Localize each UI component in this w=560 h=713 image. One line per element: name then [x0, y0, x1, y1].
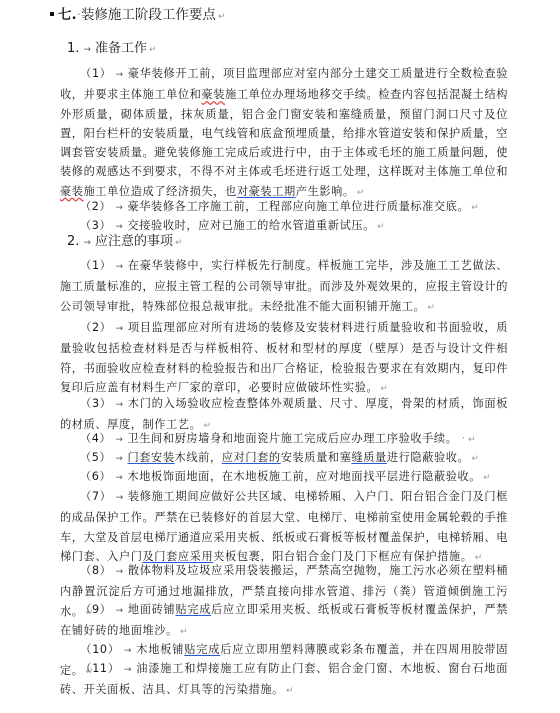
item-label: （3）	[80, 397, 112, 410]
tab-arrow-icon: →	[83, 45, 91, 55]
heading-number: 七.	[58, 7, 77, 23]
item-label: （5）	[80, 451, 111, 464]
paragraph-mark-icon: ↵	[175, 238, 183, 248]
grammar-flag-text[interactable]: 贴完成	[184, 643, 220, 656]
tab-arrow-icon: →	[124, 646, 132, 656]
paragraph-mark-icon: ↵	[149, 45, 157, 55]
tab-arrow-icon: →	[116, 262, 124, 272]
item-text: 安装质量和塞	[281, 451, 352, 464]
item-label: （9）	[80, 603, 112, 616]
subsection-number: 2.	[67, 234, 79, 249]
item-text: 在豪华装修中，实行样板先行制度。样板施工完毕，涉及施工工艺做法、施工质量标准的，…	[60, 259, 508, 313]
item-text: 木地板饰面地面，在木地板施工前，应对地面找平层进行隐蔽验收。	[127, 470, 481, 483]
spelling-error-text[interactable]: 豪装	[60, 185, 84, 198]
space-mark: ·	[458, 432, 466, 445]
item-label: （7）	[80, 490, 112, 503]
tab-arrow-icon: →	[116, 70, 124, 80]
subsection-title: 准备工作	[95, 41, 147, 56]
list-item: （11）→油漆施工和焊接施工应有防止门套、铝合金门窗、木地板、窗台石地面砖、开关…	[60, 659, 508, 702]
tab-arrow-icon: →	[116, 493, 124, 503]
item-text: 木门的入场验收应检查整体外观质量、尺寸、厚度，骨架的材质，饰面板的材质、厚度，制…	[60, 397, 508, 431]
tab-arrow-icon: →	[115, 454, 123, 464]
subsection-heading-2: 2.→应注意的事项↵	[67, 233, 183, 252]
list-item: （1）→在豪华装修中，实行样板先行制度。样板施工完毕，涉及施工工艺做法、施工质量…	[60, 256, 508, 318]
grammar-flag-text[interactable]: 贴完成	[175, 603, 211, 616]
item-text: 施工单位造成了经济损失，也	[84, 185, 237, 198]
paragraph-mark-icon: ↵	[218, 12, 226, 22]
item-label: （8）	[80, 564, 112, 577]
paragraph-mark-icon: ↵	[483, 473, 491, 483]
item-label: （4）	[80, 432, 111, 445]
list-item: （9）→地面砖铺贴完成后应立即采用夹板、纸板或石膏板等板材覆盖保护，严禁在铺好砖…	[60, 600, 508, 643]
paragraph-mark-icon: ↵	[471, 454, 479, 464]
paragraph-mark-icon: ↵	[180, 627, 188, 637]
grammar-flag-text[interactable]: 门套安装	[127, 451, 174, 464]
tab-arrow-icon: →	[116, 606, 124, 616]
item-text: 交接验收时，应对已施工的给水管道重新试压。	[127, 219, 375, 232]
heading-title: 装修施工阶段工作要点	[81, 7, 216, 23]
paragraph-mark-icon: ↵	[468, 435, 476, 445]
grammar-flag-text[interactable]: 应对门套的	[222, 451, 281, 464]
item-text: 产生影响。	[296, 185, 355, 198]
item-label: （2）	[80, 200, 111, 213]
item-label: （10）	[80, 643, 120, 656]
grammar-flag-text[interactable]: 对豪装工期	[237, 185, 296, 198]
item-label: （3）	[80, 219, 111, 232]
tab-arrow-icon: →	[83, 238, 91, 248]
item-text: 豪华装修各工序施工前，工程部应向施工单位进行质量标准交底。	[127, 200, 469, 213]
paragraph-mark-icon: ↵	[286, 686, 294, 696]
item-label: （11）	[80, 662, 120, 675]
paragraph-mark-icon: ↵	[427, 303, 435, 313]
item-label: （1）	[80, 259, 112, 272]
subsection-heading-1: 1.→准备工作↵	[67, 40, 157, 59]
item-text: 木地板铺	[136, 643, 184, 656]
paragraph-mark-icon: ↵	[471, 203, 479, 213]
document-page: 七.·装修施工阶段工作要点↵ 1.→准备工作↵ （1）→豪华装修开工前，项目监理…	[0, 0, 560, 713]
section-heading: 七.·装修施工阶段工作要点↵	[50, 6, 225, 26]
tab-arrow-icon: →	[116, 400, 124, 410]
subsection-number: 1.	[67, 41, 79, 56]
bullet-icon	[50, 12, 54, 16]
list-item: （2）→项目监理部应对所有进场的装修及安装材料进行质量验收和书面验收，质量验收包…	[60, 318, 508, 399]
tab-arrow-icon: →	[115, 473, 123, 483]
tab-arrow-icon: →	[115, 435, 123, 445]
tab-arrow-icon: →	[115, 222, 123, 232]
list-item: （1）→豪华装修开工前，项目监理部应对室内部分土建交工质量进行全数检查验收，并要…	[60, 64, 508, 203]
list-item: （7）→装修施工期间应做好公共区域、电梯轿厢、入户门、阳台铝合金门及门框的成品保…	[60, 487, 508, 568]
item-text: 项目监理部应对所有进场的装修及安装材料进行质量验收和书面验收，质量验收包括检查材…	[60, 321, 508, 394]
tab-arrow-icon: →	[116, 324, 124, 334]
item-text: 地面砖铺	[128, 603, 176, 616]
item-label: （1）	[80, 67, 112, 80]
tab-arrow-icon: →	[124, 665, 132, 675]
grammar-flag-text[interactable]: 缝质量	[351, 451, 386, 464]
tab-arrow-icon: →	[116, 567, 124, 577]
list-item: （6）→木地板饰面地面，在木地板施工前，应对地面找平层进行隐蔽验收。↵	[60, 467, 508, 488]
item-text: 卫生间和厨房墙身和地面瓷片施工完成后应办理工序验收手续。	[127, 432, 457, 445]
item-text: 施工单位办理场地移交手续。检查内容包括混凝土结构外形质量，砌体质量，抹灰质量，铝…	[60, 88, 508, 178]
item-text: 进行隐蔽验收。	[387, 451, 470, 464]
spelling-error-text[interactable]: 豪装	[201, 88, 225, 101]
paragraph-mark-icon: ↵	[377, 222, 385, 232]
item-text: 木线前，	[175, 451, 222, 464]
tab-arrow-icon: →	[115, 203, 123, 213]
subsection-title: 应注意的事项	[95, 234, 173, 249]
item-label: （6）	[80, 470, 111, 483]
item-label: （2）	[80, 321, 112, 334]
paragraph-mark-icon: ↵	[380, 384, 388, 394]
